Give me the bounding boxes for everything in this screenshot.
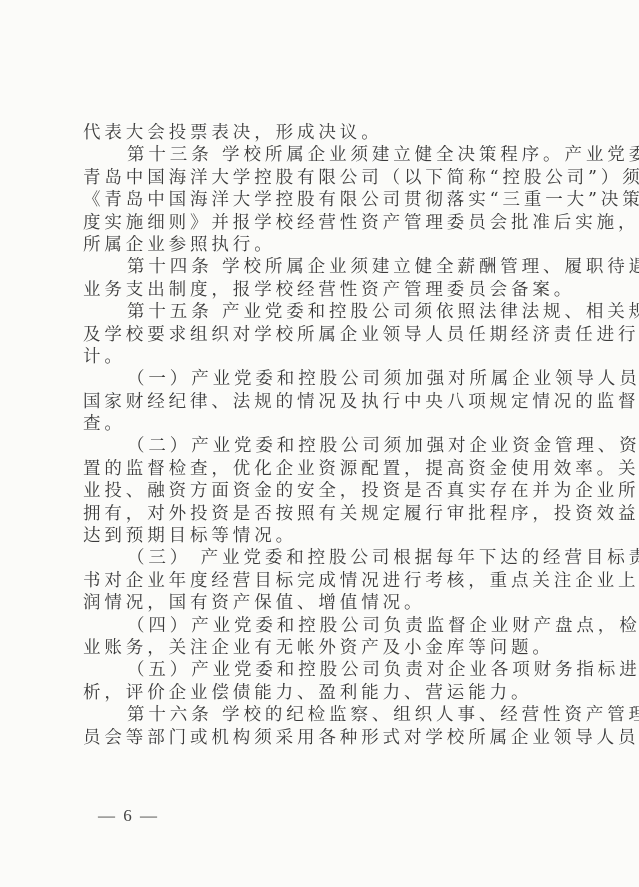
item-1-line: （一）产业党委和控股公司须加强对所属企业领导人员执行	[83, 368, 545, 390]
text-line: 书对企业年度经营目标完成情况进行考核，重点关注企业上缴利	[83, 570, 545, 592]
text-line: 业账务，关注企业有无帐外资产及小金库等问题。	[83, 637, 545, 659]
text-line: 《青岛中国海洋大学控股有限公司贯彻落实“三重一大”决策制	[83, 189, 545, 211]
item-5-line: （五）产业党委和控股公司负责对企业各项财务指标进行分	[83, 659, 545, 681]
text-line: 度实施细则》并报学校经营性资产管理委员会批准后实施，学校	[83, 212, 545, 234]
item-3-line: （三） 产业党委和控股公司根据每年下达的经营目标责任	[83, 547, 545, 569]
text-line: 员会等部门或机构须采用各种形式对学校所属企业领导人员进	[83, 727, 545, 749]
item-2-line: （二）产业党委和控股公司须加强对企业资金管理、资产处	[83, 435, 545, 457]
item-4-line: （四）产业党委和控股公司负责监督企业财产盘点，检查企	[83, 615, 545, 637]
text-line: 达到预期目标等情况。	[83, 525, 545, 547]
text-line: 青岛中国海洋大学控股有限公司（以下简称“控股公司”）须制订	[83, 167, 545, 189]
text-line: 拥有，对外投资是否按照有关规定履行审批程序，投资效益是否	[83, 503, 545, 525]
article-13-heading-line: 第十三条 学校所属企业须建立健全决策程序。产业党委和	[83, 144, 545, 166]
text-line: 代表大会投票表决，形成决议。	[83, 122, 545, 144]
text-line: 业务支出制度，报学校经营性资产管理委员会备案。	[83, 279, 545, 301]
article-15-heading-line: 第十五条 产业党委和控股公司须依照法律法规、相关规定	[83, 301, 545, 323]
page-number: — 6 —	[98, 806, 159, 826]
text-line: 及学校要求组织对学校所属企业领导人员任期经济责任进行审	[83, 324, 545, 346]
text-line: 润情况，国有资产保值、增值情况。	[83, 592, 545, 614]
document-body: 代表大会投票表决，形成决议。 第十三条 学校所属企业须建立健全决策程序。产业党委…	[83, 122, 545, 749]
text-line: 查。	[83, 413, 545, 435]
article-16-heading-line: 第十六条 学校的纪检监察、组织人事、经营性资产管理委	[83, 704, 545, 726]
article-14-heading-line: 第十四条 学校所属企业须建立健全薪酬管理、履职待遇和	[83, 256, 545, 278]
text-line: 置的监督检查，优化企业资源配置，提高资金使用效率。关注企	[83, 458, 545, 480]
text-line: 业投、融资方面资金的安全，投资是否真实存在并为企业所实际	[83, 480, 545, 502]
text-line: 所属企业参照执行。	[83, 234, 545, 256]
text-line: 计。	[83, 346, 545, 368]
text-line: 国家财经纪律、法规的情况及执行中央八项规定情况的监督检	[83, 391, 545, 413]
text-line: 析，评价企业偿债能力、盈利能力、营运能力。	[83, 682, 545, 704]
